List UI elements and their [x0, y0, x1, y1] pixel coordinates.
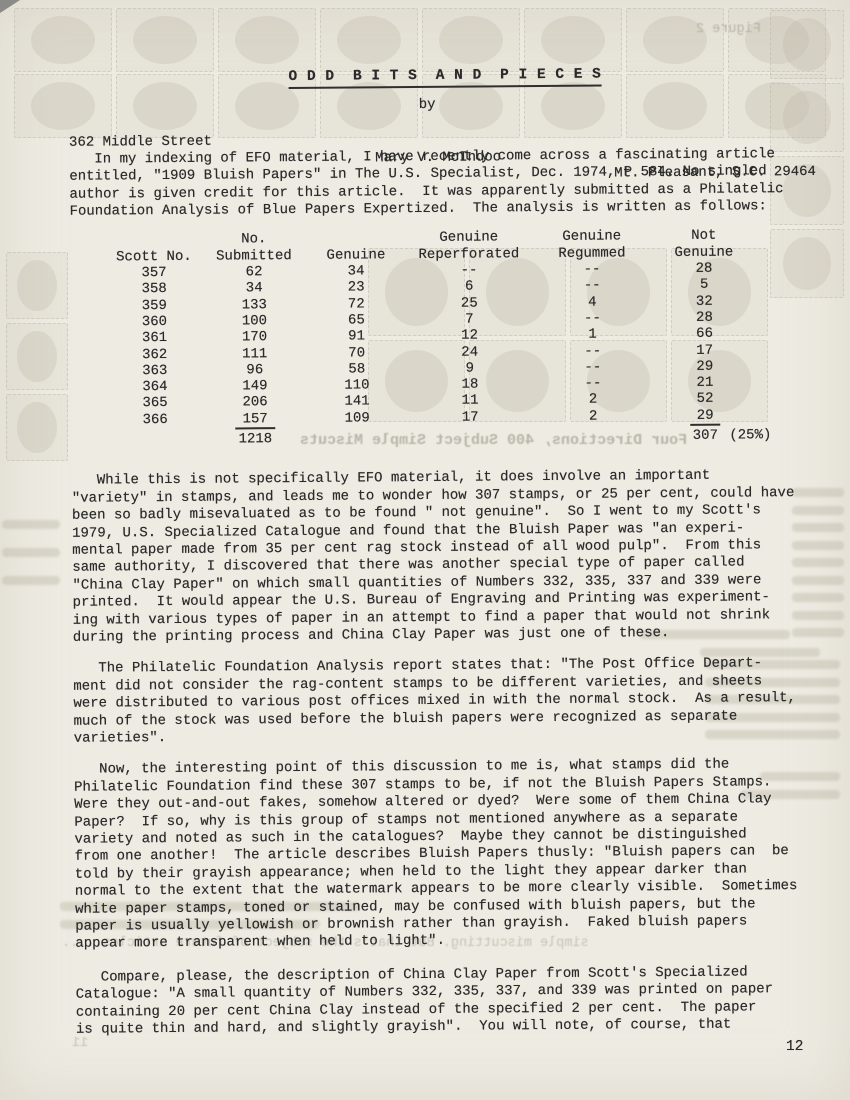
- table-cell: Genuine: [408, 230, 530, 247]
- table-cell: 360: [104, 314, 204, 331]
- paragraph-discussion: Now, the interesting point of this discu…: [74, 756, 813, 953]
- paragraph-foundation-report: The Philatelic Foundation Analysis repor…: [73, 655, 812, 748]
- table-cell: 34: [204, 280, 304, 297]
- table-cell: --: [531, 359, 655, 376]
- table-cell: 133: [204, 297, 304, 314]
- table-cell: 52: [655, 391, 755, 408]
- table-cell: Not: [654, 228, 754, 245]
- table-cell: 17: [655, 342, 755, 359]
- table-cell: 32: [654, 293, 754, 310]
- table-cell: [105, 432, 205, 449]
- paragraph-bluish-paper: While this is not specifically EFO mater…: [72, 467, 811, 647]
- table-cell: --: [530, 310, 654, 327]
- table-cell: 170: [205, 329, 305, 346]
- page-number: 12: [786, 1039, 803, 1056]
- table-cell: 362: [105, 346, 205, 363]
- table-cell: 28: [654, 309, 754, 326]
- table-cell: 96: [205, 362, 305, 379]
- author-name: Mary V. McIndoo: [375, 149, 501, 167]
- table-cell: 11: [409, 393, 531, 410]
- table-cell: 358: [104, 281, 204, 298]
- table-cell: 34: [304, 263, 408, 280]
- table-cell: [104, 232, 204, 249]
- table-cell: 12: [408, 327, 530, 344]
- table-cell: 9: [409, 360, 531, 377]
- table-cell: Genuine: [304, 247, 408, 264]
- table-cell: 1218: [205, 431, 305, 448]
- text-line: appear more transparent when held to lig…: [75, 930, 813, 953]
- author-city-address: Mt. Pleasant, S.C. 29464: [614, 164, 816, 183]
- table-cell: 28: [654, 260, 754, 277]
- table-cell: 58: [305, 361, 409, 378]
- table-cell: 109: [305, 410, 409, 429]
- paragraph-china-clay: Compare, please, the description of Chin…: [76, 964, 815, 1039]
- table-cell: 65: [304, 312, 408, 329]
- table-cell: Genuine: [530, 229, 654, 246]
- table-cell: 361: [105, 330, 205, 347]
- table-cell: 110: [305, 377, 409, 394]
- table-cell: [304, 231, 408, 248]
- table-cell: 2: [531, 392, 655, 409]
- table-cell: 149: [205, 378, 305, 395]
- totals-percent-note: (25%): [729, 427, 771, 444]
- table-cell: No.: [204, 231, 304, 248]
- author-address-row: 362 Middle Street Mary V. McIndoo Mt. Pl…: [69, 112, 807, 136]
- table-cell: --: [530, 261, 654, 278]
- table-row: 36615710917229: [105, 407, 755, 430]
- table-cell: 100: [204, 313, 304, 330]
- table-cell: Regummed: [530, 245, 654, 262]
- table-cell: 7: [408, 311, 530, 328]
- table-cell: 206: [205, 394, 305, 411]
- document-page: Figure 2 Four Directions, 400 Subject Si…: [0, 0, 850, 1100]
- expertizing-analysis-table: No.GenuineGenuineNotScott No.SubmittedGe…: [104, 228, 756, 449]
- table-cell: 359: [104, 297, 204, 314]
- table-cell: --: [530, 277, 654, 294]
- table-cell: 70: [305, 345, 409, 362]
- table-cell: [409, 429, 531, 446]
- table-cell: 307(25%): [655, 427, 755, 444]
- typed-content: O D D B I T S A N D P I E C E S by 362 M…: [0, 0, 850, 1040]
- table-cell: 5: [654, 277, 754, 294]
- table-cell: Scott No.: [104, 248, 204, 265]
- article-title: O D D B I T S A N D P I E C E S: [288, 67, 601, 90]
- table-cell: 24: [409, 344, 531, 361]
- table-cell: 72: [304, 296, 408, 313]
- table-cell: 6: [408, 278, 530, 295]
- table-cell: 62: [204, 264, 304, 281]
- table-cell: 1: [530, 326, 654, 343]
- table-cell: [305, 430, 409, 447]
- table-cell: Genuine: [654, 244, 754, 261]
- table-cell: 21: [655, 374, 755, 391]
- table-cell: [531, 428, 655, 445]
- table-cell: 141: [305, 393, 409, 410]
- table-cell: 2: [531, 408, 655, 427]
- table-cell: 365: [105, 395, 205, 412]
- table-cell: 364: [105, 379, 205, 396]
- table-cell: 111: [205, 345, 305, 362]
- table-cell: 17: [409, 409, 531, 428]
- table-cell: --: [531, 375, 655, 392]
- table-cell: 157: [205, 411, 305, 430]
- table-cell: 363: [105, 362, 205, 379]
- table-cell: 366: [105, 411, 205, 430]
- table-cell: 29: [655, 358, 755, 375]
- table-cell: 29: [655, 407, 755, 426]
- table-totals-row: 1218307(25%): [105, 427, 755, 448]
- table-cell: 25: [408, 295, 530, 312]
- table-cell: 18: [409, 376, 531, 393]
- table-cell: 4: [530, 294, 654, 311]
- table-cell: 66: [654, 326, 754, 343]
- table-cell: --: [531, 343, 655, 360]
- table-cell: Submitted: [204, 248, 304, 265]
- table-cell: --: [408, 262, 530, 279]
- author-street-address: 362 Middle Street: [69, 134, 212, 153]
- table-cell: 357: [104, 265, 204, 282]
- table-cell: Reperforated: [408, 246, 530, 263]
- table-cell: 91: [304, 328, 408, 345]
- table-cell: 23: [304, 279, 408, 296]
